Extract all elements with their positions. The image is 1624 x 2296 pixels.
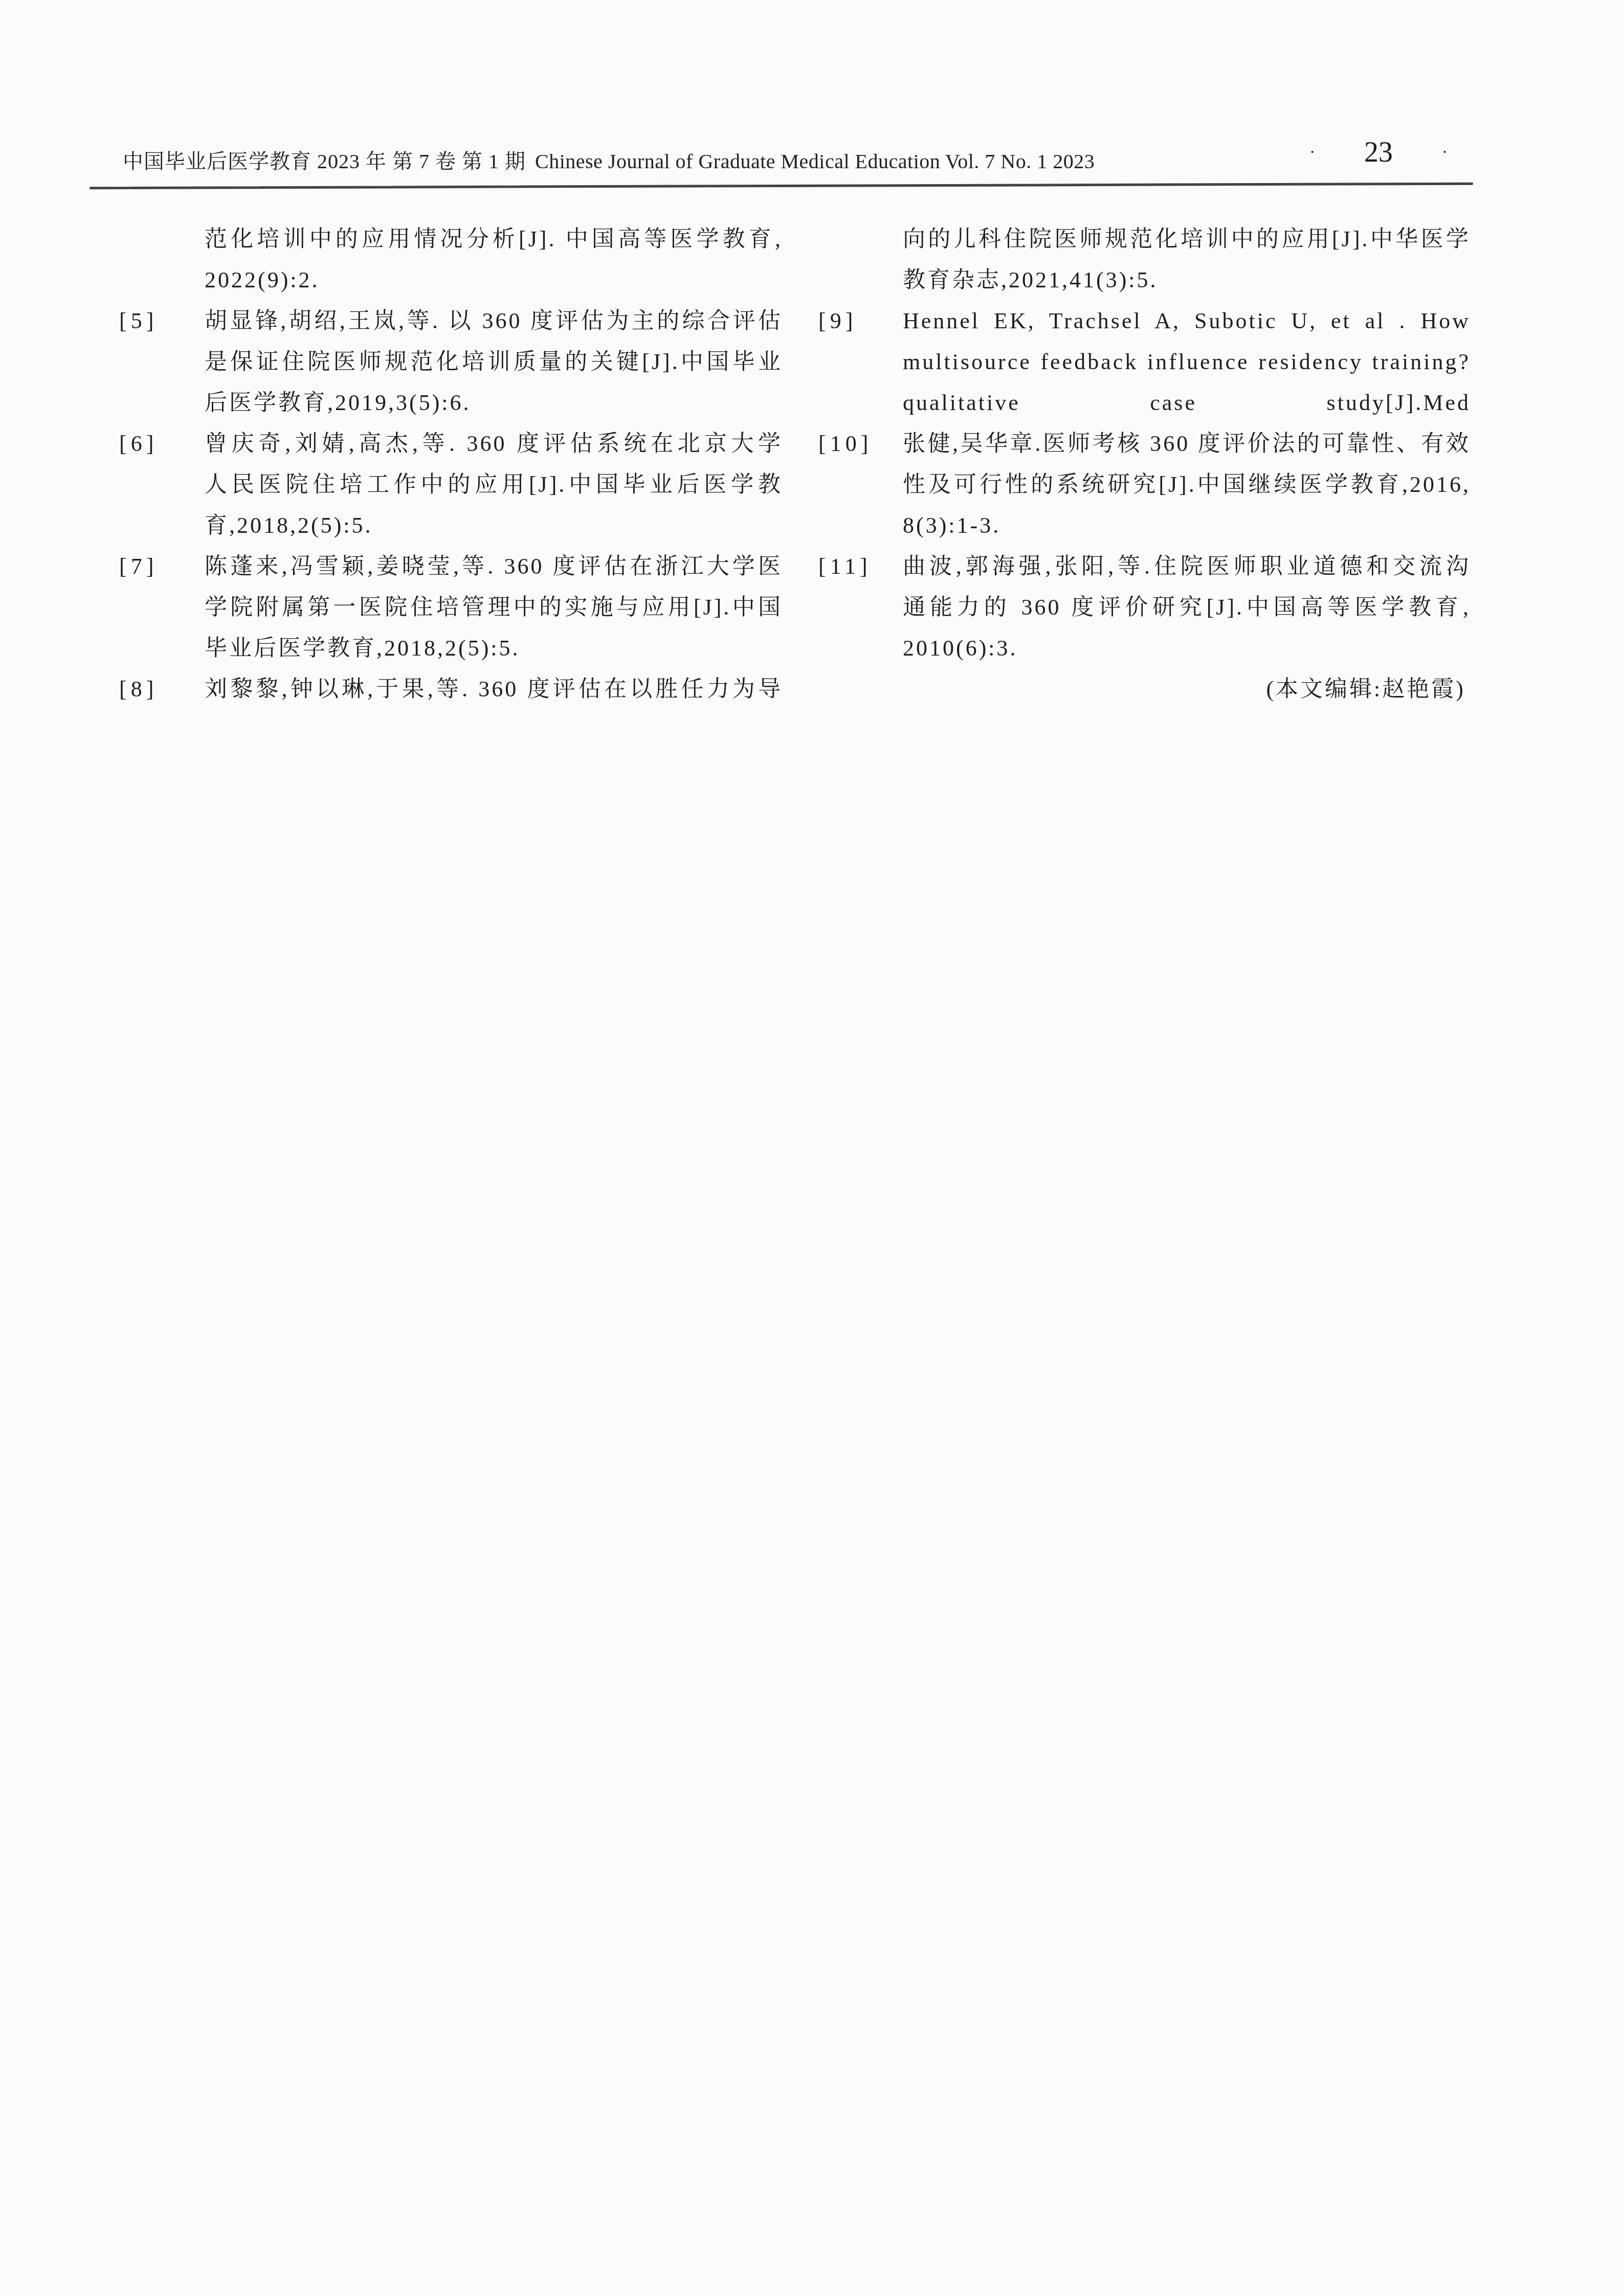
reference-line: 向的儿科住院医师规范化培训中的应用[J].中华医学 xyxy=(818,219,1471,260)
reference-line: [11]曲波,郭海强,张阳,等.住院医师职业道德和交流沟 xyxy=(818,546,1471,587)
reference-line: 范化培训中的应用情况分析[J]. 中国高等医学教育, xyxy=(119,219,783,260)
reference-text: qualitative case study[J].Med Educ,2022,… xyxy=(903,382,1471,423)
reference-index: [9] xyxy=(818,301,857,342)
reference-index: [7] xyxy=(119,546,158,587)
reference-text: 学院附属第一医院住培管理中的实施与应用[J].中国 xyxy=(205,587,783,628)
reference-index: [6] xyxy=(119,423,158,464)
reference-text: 张健,吴华章.医师考核 360 度评价法的可靠性、有效 xyxy=(903,423,1471,464)
reference-text: 范化培训中的应用情况分析[J]. 中国高等医学教育, xyxy=(205,219,783,260)
reference-line: [9]Hennel EK, Trachsel A, Subotic U, et … xyxy=(818,301,1471,342)
reference-index: [11] xyxy=(818,546,872,587)
reference-text: 毕业后医学教育,2018,2(5):5. xyxy=(205,628,783,669)
reference-line: 毕业后医学教育,2018,2(5):5. xyxy=(119,628,783,669)
reference-line: [5]胡显锋,胡绍,王岚,等. 以 360 度评估为主的综合评估 xyxy=(119,301,783,342)
reference-text: 2022(9):2. xyxy=(205,260,783,301)
reference-line: multisource feedback influence residency… xyxy=(818,342,1471,382)
reference-line: [7]陈蓬来,冯雪颖,姜晓莹,等. 360 度评估在浙江大学医 xyxy=(119,546,783,587)
reference-text: 2010(6):3. xyxy=(903,628,1471,669)
reference-text: (本文编辑:赵艳霞) xyxy=(903,669,1471,710)
reference-text: 8(3):1-3. xyxy=(903,505,1471,546)
reference-text: 是保证住院医师规范化培训质量的关键[J].中国毕业 xyxy=(205,342,783,382)
reference-text: 育,2018,2(5):5. xyxy=(205,505,783,546)
editor-note-line: (本文编辑:赵艳霞) xyxy=(818,669,1471,710)
journal-title-en: Chinese Journal of Graduate Medical Educ… xyxy=(535,150,1095,173)
reference-text: 曾庆奇,刘婧,高杰,等. 360 度评估系统在北京大学 xyxy=(205,423,783,464)
reference-line: 性及可行性的系统研究[J].中国继续医学教育,2016, xyxy=(818,464,1471,505)
reference-line: 后医学教育,2019,3(5):6. xyxy=(119,382,783,423)
reference-line: 2022(9):2. xyxy=(119,260,783,301)
reference-line: [10]张健,吴华章.医师考核 360 度评价法的可靠性、有效 xyxy=(818,423,1471,464)
header-rule xyxy=(90,183,1473,189)
reference-text: 向的儿科住院医师规范化培训中的应用[J].中华医学 xyxy=(903,219,1471,260)
reference-line: 通能力的 360 度评价研究[J].中国高等医学教育, xyxy=(818,587,1471,628)
reference-line: 育,2018,2(5):5. xyxy=(119,505,783,546)
reference-text: multisource feedback influence residency… xyxy=(903,342,1471,382)
reference-index: [10] xyxy=(818,423,872,464)
journal-title-cn: 中国毕业后医学教育 2023 年 第 7 卷 第 1 期 xyxy=(123,150,526,173)
reference-index: [8] xyxy=(119,669,158,710)
reference-text: 通能力的 360 度评价研究[J].中国高等医学教育, xyxy=(903,587,1471,628)
reference-line: 2010(6):3. xyxy=(818,628,1471,669)
reference-text: 后医学教育,2019,3(5):6. xyxy=(205,382,783,423)
reference-line: [8]刘黎黎,钟以琳,于果,等. 360 度评估在以胜任力为导 xyxy=(119,669,783,710)
references-right-column: 向的儿科住院医师规范化培训中的应用[J].中华医学教育杂志,2021,41(3)… xyxy=(818,219,1471,710)
reference-text: 教育杂志,2021,41(3):5. xyxy=(903,260,1471,301)
reference-line: qualitative case study[J].Med Educ,2022,… xyxy=(818,382,1471,423)
reference-line: 8(3):1-3. xyxy=(818,505,1471,546)
reference-index: [5] xyxy=(119,301,158,342)
page-number: 23 xyxy=(1364,138,1393,167)
references-left-column: 范化培训中的应用情况分析[J]. 中国高等医学教育,2022(9):2.[5]胡… xyxy=(119,219,783,710)
reference-text: Hennel EK, Trachsel A, Subotic U, et al … xyxy=(903,301,1471,342)
reference-line: [6]曾庆奇,刘婧,高杰,等. 360 度评估系统在北京大学 xyxy=(119,423,783,464)
folio-left-dot: · xyxy=(1309,144,1315,161)
reference-text: 胡显锋,胡绍,王岚,等. 以 360 度评估为主的综合评估 xyxy=(205,301,783,342)
reference-line: 教育杂志,2021,41(3):5. xyxy=(818,260,1471,301)
reference-text: 陈蓬来,冯雪颖,姜晓莹,等. 360 度评估在浙江大学医 xyxy=(205,546,783,587)
reference-text: 刘黎黎,钟以琳,于果,等. 360 度评估在以胜任力为导 xyxy=(205,669,783,710)
reference-line: 学院附属第一医院住培管理中的实施与应用[J].中国 xyxy=(119,587,783,628)
journal-page: 中国毕业后医学教育 2023 年 第 7 卷 第 1 期Chinese Jour… xyxy=(0,0,1624,2296)
reference-text: 性及可行性的系统研究[J].中国继续医学教育,2016, xyxy=(903,464,1471,505)
reference-line: 是保证住院医师规范化培训质量的关键[J].中国毕业 xyxy=(119,342,783,382)
running-head: 中国毕业后医学教育 2023 年 第 7 卷 第 1 期Chinese Jour… xyxy=(123,149,1095,174)
folio-right-dot: · xyxy=(1442,144,1448,161)
reference-line: 人民医院住培工作中的应用[J].中国毕业后医学教 xyxy=(119,464,783,505)
reference-text: 曲波,郭海强,张阳,等.住院医师职业道德和交流沟 xyxy=(903,546,1471,587)
reference-text: 人民医院住培工作中的应用[J].中国毕业后医学教 xyxy=(205,464,783,505)
page-number-block: · 23 · xyxy=(1309,138,1448,167)
